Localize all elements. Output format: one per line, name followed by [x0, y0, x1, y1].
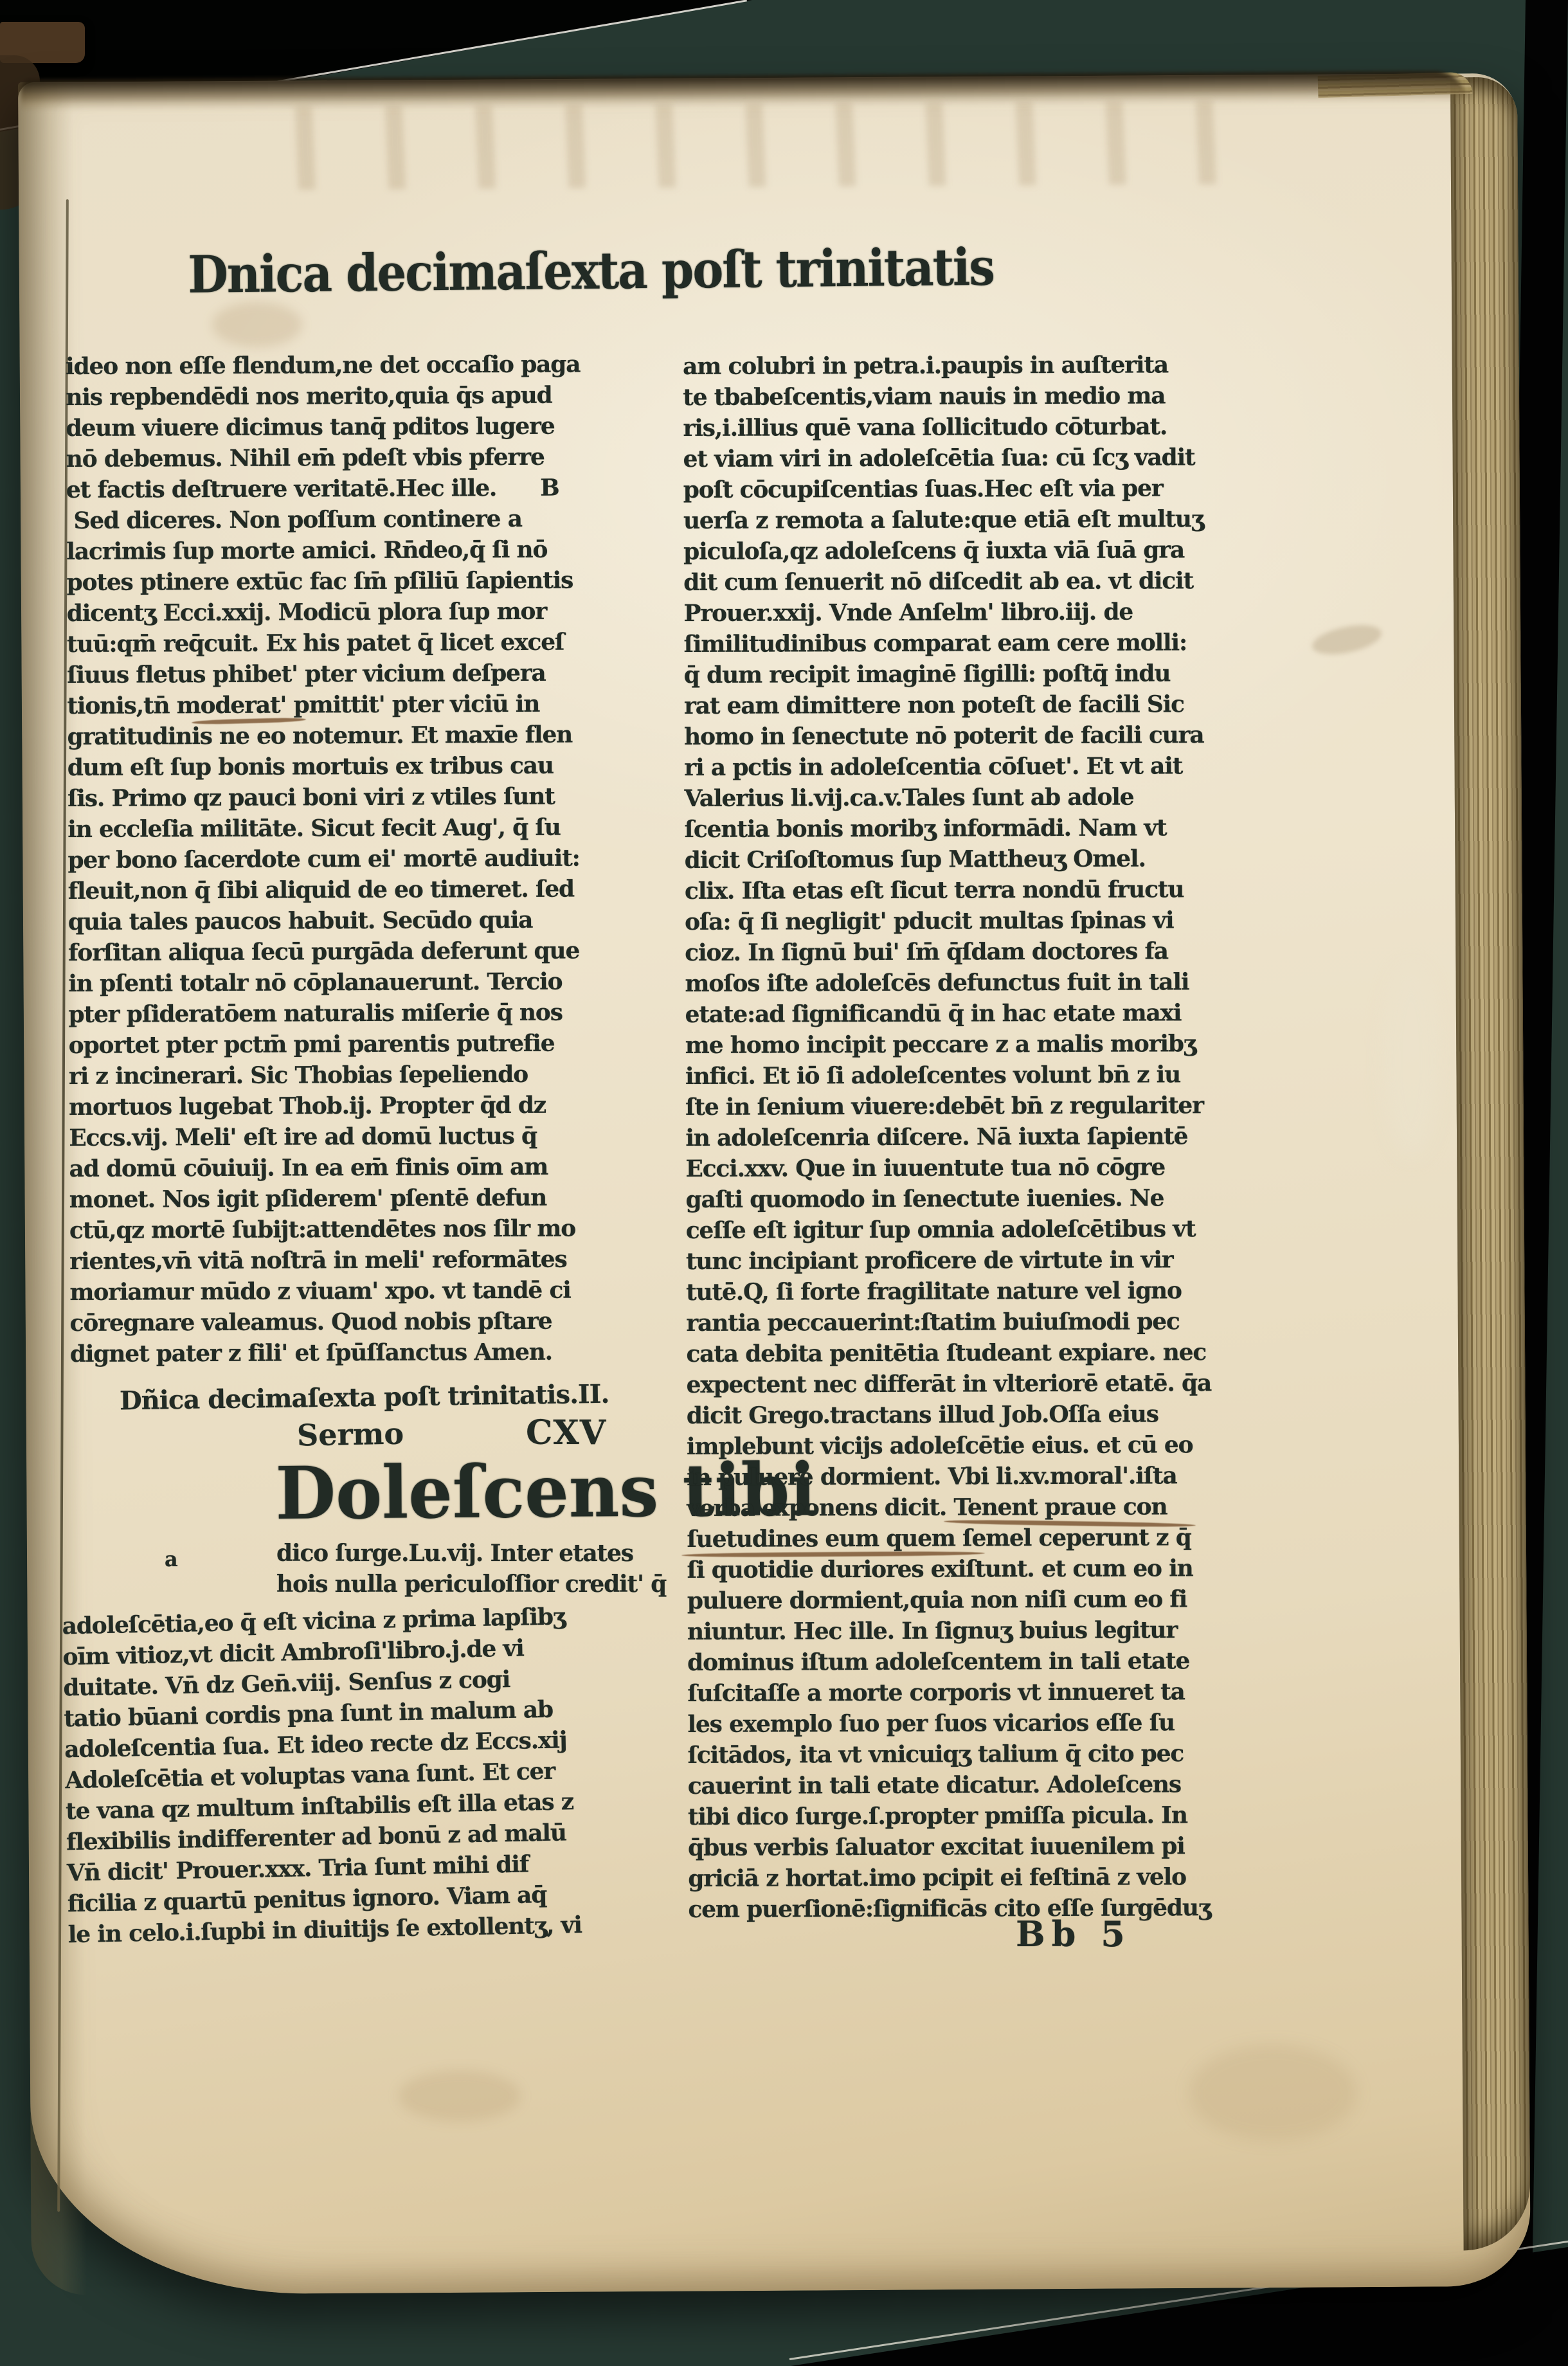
- text-column-right: am colubri in petra.i.paupis in auſterit…: [683, 349, 1213, 1925]
- sermo-number: CXV: [526, 1413, 606, 1452]
- initial-guide-letter: a: [165, 1547, 178, 1571]
- sermon-body-lines: adoleſcētia,eo q̄ eſt vicina z prima lap…: [62, 1601, 582, 1950]
- sermo-label: Sermo: [297, 1416, 404, 1453]
- text-column-left: ideo non eſſe flendum,ne det occaſio pag…: [66, 349, 584, 1369]
- signature-mark: Bb 5: [1016, 1913, 1131, 1955]
- page-edge-stack: [1450, 77, 1531, 2251]
- page-top-streaks: [262, 100, 1266, 190]
- sermon-incipit-indented-lines: dico ſurge.Lu.vij. Inter etates hois nul…: [276, 1538, 666, 1600]
- scanned-book-photo: Dnica decimaſexta poſt trinitatis ideo n…: [0, 0, 1568, 2366]
- running-title: Dnica decimaſexta poſt trinitatis: [188, 237, 994, 305]
